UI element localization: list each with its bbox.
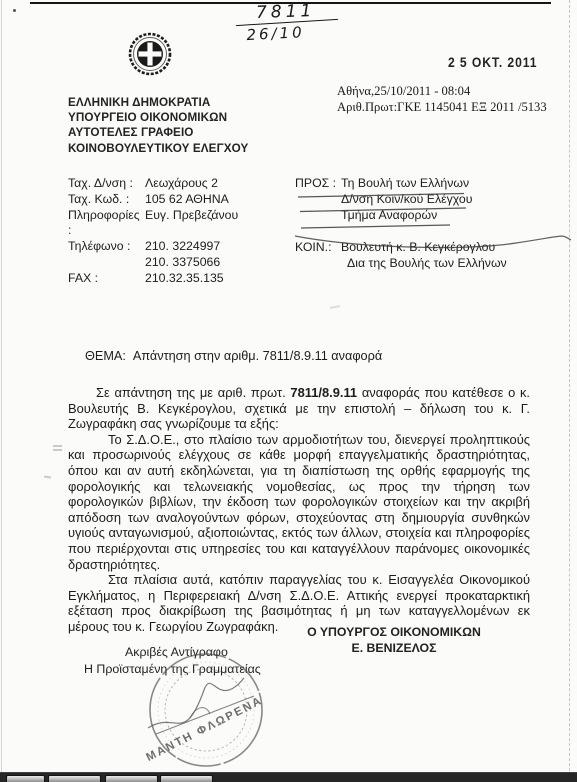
contact-value: Λεωχάρους 2 — [145, 176, 218, 192]
city-date: Αθήνα,25/10/2011 - 08:04 — [337, 84, 547, 100]
contact-value: 210. 3224997 — [145, 239, 220, 255]
stamp-name: ΜΑΝΤΗ ΦΛΩΡΕΝΑ — [144, 695, 264, 764]
signatory-title: Ο ΥΠΟΥΡΓΟΣ ΟΙΚΟΝΟΜΙΚΩΝ — [296, 625, 492, 641]
protocol-number: Αριθ.Πρωτ:ΓΚΕ 1145041 ΕΞ 2011 /5133 — [337, 100, 547, 116]
body-paragraph: Το Σ.Δ.Ο.Ε., στο πλαίσιο των αρμοδιοτήτω… — [68, 432, 530, 572]
pros-line: Τμήμα Αναφορών — [341, 208, 472, 224]
koin-lines: Βουλευτή κ. Β. Κεγκέρογλου Δια της Βουλή… — [341, 240, 507, 272]
pros-block: ΠΡΟΣ : Τη Βουλή των Ελλήνων Δ/νση Κοιν/κ… — [295, 176, 507, 223]
reference-number: 7811/8.9.11 — [290, 385, 357, 400]
scan-edge-left — [1, 0, 2, 782]
greek-coat-of-arms-icon — [127, 29, 173, 81]
toolbar-button[interactable] — [105, 775, 158, 782]
contact-label — [68, 255, 145, 271]
body-paragraph: Σε απάντηση της με αριθ. πρωτ. 7811/8.9.… — [68, 385, 530, 432]
scanned-letter-page: 7811 26/10 2 5 ΟΚΤ. 2011 ΕΛΛΗΝΙΚΗ ΔΗΜΟΚΡ… — [0, 0, 577, 782]
body-text-segment: Σε απάντηση της με αριθ. πρωτ. — [96, 385, 290, 400]
contact-label: Τηλέφωνο : — [68, 239, 145, 255]
koin-block: ΚΟΙΝ.: Βουλευτή κ. Β. Κεγκέρογλου Δια τη… — [295, 240, 507, 272]
toolbar-button[interactable] — [6, 775, 45, 782]
contact-label: Πληροφορίες : — [68, 208, 145, 240]
letterhead-line: ΑΥΤΟΤΕΛΕΣ ΓΡΑΦΕΙΟ — [68, 125, 248, 140]
protocol-block: Αθήνα,25/10/2011 - 08:04 Αριθ.Πρωτ:ΓΚΕ 1… — [337, 84, 547, 115]
contact-info: Ταχ. Δ/νση : Λεωχάρους 2 Ταχ. Κωδ. : 105… — [68, 176, 238, 287]
contact-row: FAX : 210.32.35.135 — [68, 271, 238, 287]
handwritten-reference: 7811 26/10 — [225, 0, 346, 44]
bottom-toolbar — [0, 772, 577, 782]
koin-label: ΚΟΙΝ.: — [295, 240, 341, 272]
letterhead-line: ΕΛΛΗΝΙΚΗ ΔΗΜΟΚΡΑΤΙΑ — [68, 95, 248, 110]
koin-line: Βουλευτή κ. Β. Κεγκέρογλου — [341, 240, 507, 256]
contact-row: Ταχ. Δ/νση : Λεωχάρους 2 — [68, 176, 238, 192]
scan-artifact — [330, 305, 340, 309]
koin-line: Δια της Βουλής των Ελλήνων — [341, 256, 507, 272]
scan-edge-right — [569, 0, 570, 771]
letterhead-line: ΥΠΟΥΡΓΕΙΟ ΟΙΚΟΝΟΜΙΚΩΝ — [68, 110, 248, 125]
scan-artifact — [44, 476, 51, 478]
contact-value: 210.32.35.135 — [145, 271, 224, 287]
round-seal-stamp: ΜΑΝΤΗ ΦΛΩΡΕΝΑ — [126, 648, 292, 774]
contact-row: Ταχ. Κωδ. : 105 62 ΑΘΗΝΑ — [68, 192, 238, 208]
recipients: ΠΡΟΣ : Τη Βουλή των Ελλήνων Δ/νση Κοιν/κ… — [295, 176, 507, 272]
contact-value: 210. 3375066 — [145, 255, 220, 271]
pros-line: Τη Βουλή των Ελλήνων — [341, 176, 472, 192]
signature-block: Ο ΥΠΟΥΡΓΟΣ ΟΙΚΟΝΟΜΙΚΩΝ Ε. ΒΕΝΙΖΕΛΟΣ — [296, 625, 492, 656]
toolbar-button[interactable] — [160, 775, 213, 782]
subject-line: ΘΕΜΑ:Απάντηση στην αριθμ. 7811/8.9.11 αν… — [85, 349, 382, 363]
subject-label: ΘΕΜΑ: — [85, 349, 126, 363]
letter-body: Σε απάντηση της με αριθ. πρωτ. 7811/8.9.… — [68, 385, 530, 635]
contact-label: Ταχ. Κωδ. : — [68, 192, 145, 208]
scan-artifact-dot — [13, 9, 16, 12]
toolbar-button[interactable] — [48, 775, 101, 782]
handwritten-number: 7811 — [225, 0, 346, 24]
date-stamp: 2 5 ΟΚΤ. 2011 — [448, 55, 537, 70]
letterhead-line: ΚΟΙΝΟΒΟΥΛΕΥΤΙΚΟΥ ΕΛΕΓΧΟΥ — [68, 141, 248, 156]
contact-label: FAX : — [68, 271, 145, 287]
contact-value: 105 62 ΑΘΗΝΑ — [145, 192, 229, 208]
contact-value: Ευγ. Πρεβεζάνου — [145, 208, 238, 240]
pros-lines: Τη Βουλή των Ελλήνων Δ/νση Κοιν/κού Ελέγ… — [341, 176, 472, 223]
scan-artifact — [53, 449, 62, 451]
contact-row: Πληροφορίες : Ευγ. Πρεβεζάνου — [68, 208, 238, 240]
contact-label: Ταχ. Δ/νση : — [68, 176, 145, 192]
pros-line: Δ/νση Κοιν/κού Ελέγχου — [341, 192, 472, 208]
contact-row: 210. 3375066 — [68, 255, 238, 271]
letterhead: ΕΛΛΗΝΙΚΗ ΔΗΜΟΚΡΑΤΙΑ ΥΠΟΥΡΓΕΙΟ ΟΙΚΟΝΟΜΙΚΩ… — [68, 95, 248, 156]
pros-label: ΠΡΟΣ : — [295, 176, 341, 223]
scan-artifact — [53, 445, 62, 447]
subject-text: Απάντηση στην αριθμ. 7811/8.9.11 αναφορά — [133, 349, 382, 363]
signatory-name: Ε. ΒΕΝΙΖΕΛΟΣ — [296, 641, 492, 657]
contact-row: Τηλέφωνο : 210. 3224997 — [68, 239, 238, 255]
